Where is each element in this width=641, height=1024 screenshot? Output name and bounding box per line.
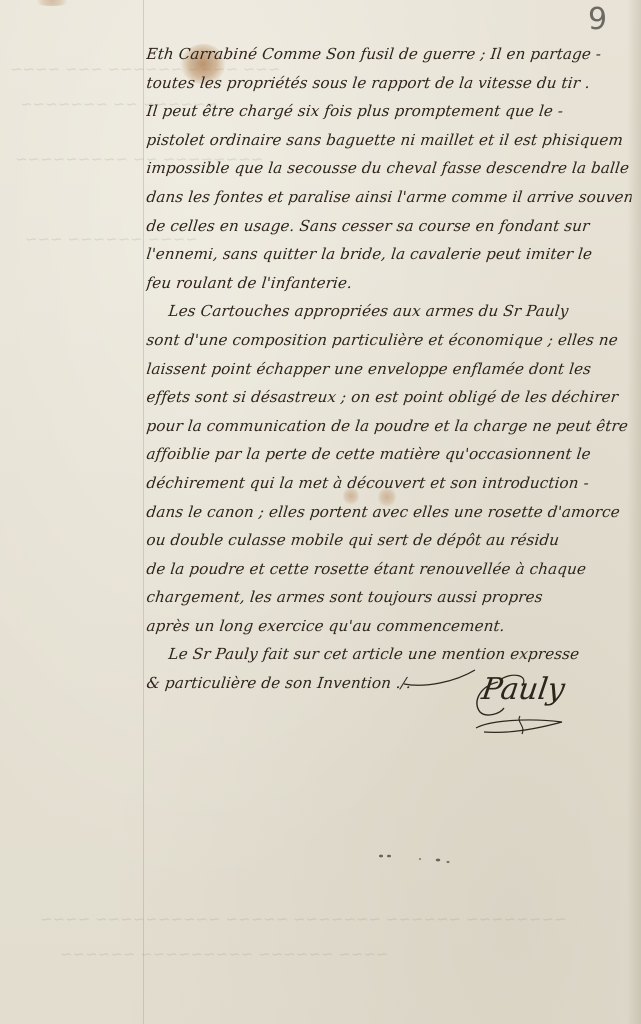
text-line: pour la communication de la poudre et la… [145,412,633,441]
text-line: dans les fontes et paralise ainsi l'arme… [145,183,633,212]
signature-name: Pauly [480,672,568,707]
text-line: l'ennemi, sans quitter la bride, la cava… [145,240,633,269]
text-line: effets sont si désastreux ; on est point… [145,383,633,412]
text-line: déchirement qui la met à découvert et so… [145,469,633,498]
text-line: dans le canon ; elles portent avec elles… [145,498,633,527]
text-line: pistolet ordinaire sans baguette ni mail… [145,126,633,155]
manuscript-text: Eth Carrabiné Comme Son fusil de guerre … [145,40,630,698]
text-line: laissent point échapper une enveloppe en… [145,355,633,384]
text-line: sont d'une composition particulière et é… [145,326,633,355]
stain-top-left-edge [32,0,72,6]
text-line: chargement, les armes sont toujours auss… [145,583,633,612]
closing-flourish-icon [400,668,480,688]
bleed-through-6: ~~~~ ~~~~~~ ~~~~~~~~~ ~~~~~~ [60,945,389,963]
text-line: impossible que la secousse du cheval fas… [145,154,633,183]
text-line: ou double culasse mobile qui sert de dép… [145,526,633,555]
text-line: feu roulant de l'infanterie. [145,269,633,298]
page-number: 9 [588,2,607,37]
manuscript-page: ~~~ ~~~~ ~~~~~~ ~~~ ~~~~ ~~~~~~ ~~ ~~~~~… [0,0,641,1024]
signature: Pauly [470,668,580,748]
text-line: affoiblie par la perte de cette matière … [145,440,633,469]
text-line: Il peut être chargé six fois plus prompt… [145,97,633,126]
text-line: de celles en usage. Sans cesser sa cours… [145,212,633,241]
paragraph-start-line: Le Sr Pauly fait sur cet article une men… [145,640,633,669]
text-line: toutes les propriétés sous le rapport de… [145,69,633,98]
ink-specks [378,852,458,872]
bleed-through-5: ~~~~~~~~ ~~~~~~ ~~~~~~~ ~~~~~ ~~~~~~~~~~… [40,910,567,928]
text-line: Eth Carrabiné Comme Son fusil de guerre … [145,40,633,69]
text-line: après un long exercice qu'au commencemen… [145,612,633,641]
text-line: de la poudre et cette rosette étant reno… [145,555,633,584]
paragraph-start-line: Les Cartouches appropriées aux armes du … [145,297,633,326]
